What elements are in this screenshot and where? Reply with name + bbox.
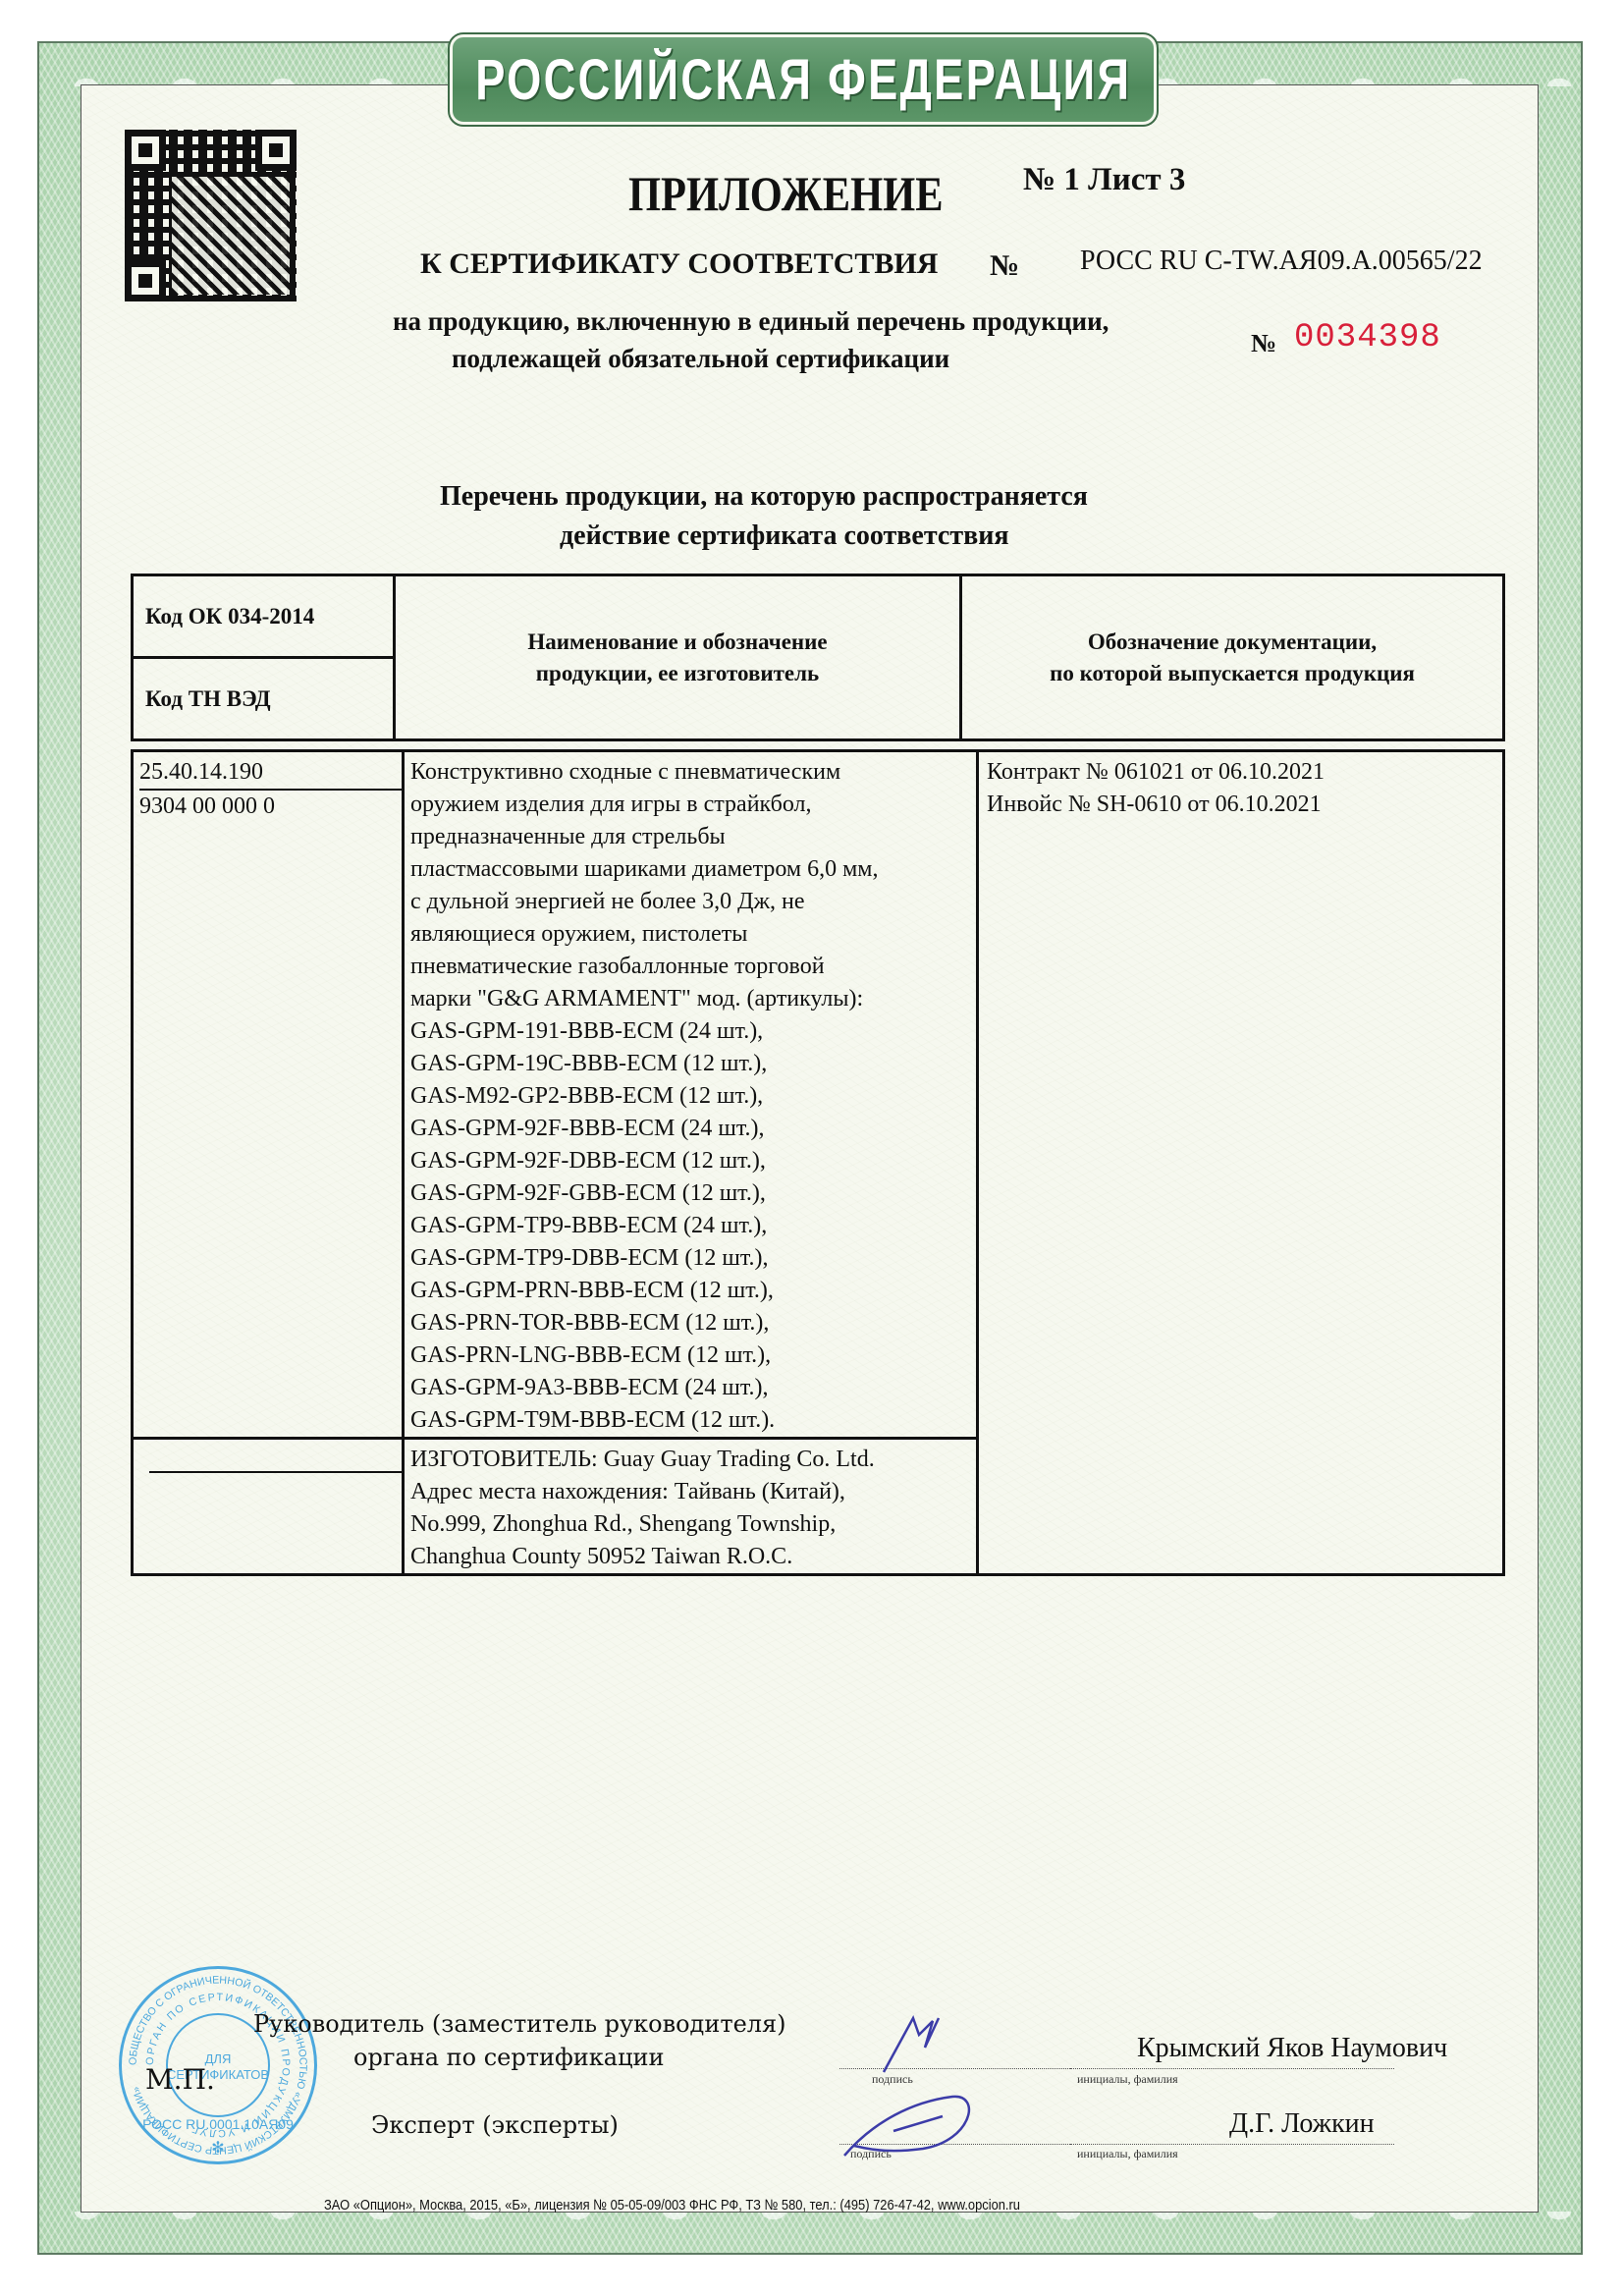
header-code-ok: Код ОК 034-2014 bbox=[133, 575, 395, 658]
manufacturer-line: No.999, Zhonghua Rd., Shengang Township, bbox=[410, 1508, 972, 1541]
product-table-header: Код ОК 034-2014 Наименование и обозначен… bbox=[131, 574, 1505, 741]
row2-codes bbox=[133, 1439, 404, 1575]
serial-number: 0034398 bbox=[1294, 319, 1441, 356]
article-line: GAS-GPM-9A3-BBB-ECM (24 шт.), bbox=[410, 1372, 972, 1404]
description-line: пластмассовыми шариками диаметром 6,0 мм… bbox=[410, 853, 972, 886]
header-docs-line2: по которой выпускается продукция bbox=[963, 661, 1501, 686]
head-signature-label-line2: органа по сертификации bbox=[353, 2044, 665, 2071]
code-ok-value: 25.40.14.190 bbox=[139, 756, 402, 791]
serial-number-label: № bbox=[1251, 329, 1276, 358]
expert-signature-label: Эксперт (эксперты) bbox=[371, 2111, 619, 2139]
code-tnved-value: 9304 00 000 0 bbox=[139, 791, 398, 823]
description-line: пневматические газобаллонные торговой bbox=[410, 951, 972, 983]
expert-signature-icon bbox=[835, 2062, 992, 2170]
qr-code-icon bbox=[125, 130, 297, 301]
qr-finder-pattern bbox=[125, 260, 166, 301]
qr-finder-pattern bbox=[125, 130, 166, 171]
article-line: GAS-GPM-T9M-BBB-ECM (12 шт.). bbox=[410, 1404, 972, 1437]
product-list-heading-line1: Перечень продукции, на которую распростр… bbox=[440, 481, 1088, 513]
expert-name: Д.Г. Ложкин bbox=[1229, 2108, 1375, 2140]
article-line: GAS-GPM-TP9-DBB-ECM (12 шт.), bbox=[410, 1242, 972, 1275]
row2-manufacturer: ИЗГОТОВИТЕЛЬ: Guay Guay Trading Co. Ltd.… bbox=[404, 1439, 978, 1575]
country-banner: РОССИЙСКАЯ ФЕДЕРАЦИЯ bbox=[450, 34, 1157, 125]
article-line: GAS-GPM-TP9-BBB-ECM (24 шт.), bbox=[410, 1210, 972, 1242]
empty-code-line bbox=[149, 1444, 402, 1473]
article-line: GAS-GPM-PRN-BBB-ECM (12 шт.), bbox=[410, 1275, 972, 1307]
description-line: марки "G&G ARMAMENT" мод. (артикулы): bbox=[410, 983, 972, 1015]
printer-info: ЗАО «Опцион», Москва, 2015, «Б», лицензи… bbox=[324, 2197, 1020, 2214]
article-line: GAS-GPM-92F-GBB-ECM (12 шт.), bbox=[410, 1177, 972, 1210]
stamp-place-label: М.П. bbox=[145, 2063, 215, 2096]
article-line: GAS-GPM-92F-DBB-ECM (12 шт.), bbox=[410, 1145, 972, 1177]
qr-data-modules bbox=[172, 177, 290, 295]
head-signature-label-line1: Руководитель (заместитель руководителя) bbox=[253, 2010, 786, 2038]
row1-codes: 25.40.14.190 9304 00 000 0 bbox=[133, 751, 404, 1439]
article-line: GAS-GPM-19C-BBB-ECM (12 шт.), bbox=[410, 1048, 972, 1080]
expert-name-line bbox=[1070, 2144, 1394, 2145]
header-docs-line1: Обозначение документации, bbox=[963, 629, 1501, 655]
article-line: GAS-M92-GP2-BBB-ECM (12 шт.), bbox=[410, 1080, 972, 1113]
document-title: ПРИЛОЖЕНИЕ bbox=[628, 165, 944, 222]
row1-documentation: Контракт № 061021 от 06.10.2021 Инвойс №… bbox=[978, 751, 1504, 1575]
head-name-line bbox=[1070, 2068, 1394, 2069]
document-subtitle: К СЕРТИФИКАТУ СООТВЕТСТВИЯ bbox=[420, 247, 938, 281]
head-initials-caption: инициалы, фамилия bbox=[1077, 2072, 1178, 2087]
invoice-reference: Инвойс № SH-0610 от 06.10.2021 bbox=[987, 789, 1498, 821]
article-line: GAS-GPM-191-BBB-ECM (24 шт.), bbox=[410, 1015, 972, 1048]
header-product-line2: продукции, ее изготовитель bbox=[397, 661, 958, 686]
expert-initials-caption: инициалы, фамилия bbox=[1077, 2147, 1178, 2161]
qr-finder-pattern bbox=[255, 130, 297, 171]
sheet-number: № 1 Лист 3 bbox=[1023, 162, 1185, 198]
description-line: предназначенные для стрельбы bbox=[410, 821, 972, 853]
banner-text: РОССИЙСКАЯ ФЕДЕРАЦИЯ bbox=[475, 47, 1131, 113]
row1-product-description: Конструктивно сходные с пневматическим о… bbox=[404, 751, 978, 1439]
manufacturer-line: Changhua County 50952 Taiwan R.O.C. bbox=[410, 1541, 972, 1573]
description-line: оружием изделия для игры в страйкбол, bbox=[410, 789, 972, 821]
manufacturer-line: Адрес места нахождения: Тайвань (Китай), bbox=[410, 1476, 972, 1508]
stamp-star-icon: ✻ bbox=[122, 2138, 314, 2158]
description-line: с дульной энергией не более 3,0 Дж, не bbox=[410, 886, 972, 918]
head-name: Крымский Яков Наумович bbox=[1137, 2033, 1447, 2064]
article-line: GAS-GPM-92F-BBB-ECM (24 шт.), bbox=[410, 1113, 972, 1145]
description-line: являющиеся оружием, пистолеты bbox=[410, 918, 972, 951]
header-documentation: Обозначение документации, по которой вып… bbox=[961, 575, 1504, 740]
article-line: GAS-PRN-LNG-BBB-ECM (12 шт.), bbox=[410, 1339, 972, 1372]
header-product-name: Наименование и обозначение продукции, ее… bbox=[395, 575, 961, 740]
number-symbol: № bbox=[990, 249, 1019, 283]
article-line: GAS-PRN-TOR-BBB-ECM (12 шт.), bbox=[410, 1307, 972, 1339]
stamp-registration: РОСС RU.0001.10АЯ09 bbox=[122, 2116, 314, 2132]
header-product-line1: Наименование и обозначение bbox=[397, 629, 958, 655]
scope-description-line1: на продукцию, включенную в единый перече… bbox=[393, 306, 1109, 337]
product-table-body: 25.40.14.190 9304 00 000 0 Конструктивно… bbox=[131, 749, 1505, 1576]
header-code-tnved: Код ТН ВЭД bbox=[133, 658, 395, 740]
contract-reference: Контракт № 061021 от 06.10.2021 bbox=[987, 756, 1498, 789]
scope-description-line2: подлежащей обязательной сертификации bbox=[452, 344, 949, 374]
description-line: Конструктивно сходные с пневматическим bbox=[410, 756, 972, 789]
product-list-heading-line2: действие сертификата соответствия bbox=[560, 520, 1009, 552]
manufacturer-line: ИЗГОТОВИТЕЛЬ: Guay Guay Trading Co. Ltd. bbox=[410, 1444, 972, 1476]
certificate-number: РОСС RU С-TW.АЯ09.А.00565/22 bbox=[1080, 246, 1483, 277]
